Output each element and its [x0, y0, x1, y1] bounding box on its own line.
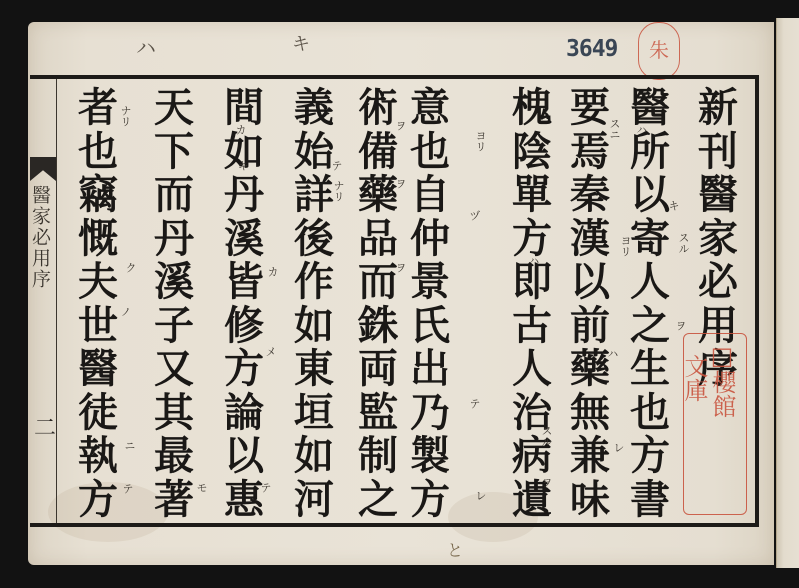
char: 義: [288, 86, 340, 130]
char: 丹: [148, 217, 200, 261]
char: 味: [564, 478, 616, 522]
kunten-mark: ヅ: [466, 210, 482, 221]
char: 論: [218, 391, 270, 435]
char: 陰: [506, 130, 558, 174]
kunten-mark: メ: [262, 346, 278, 357]
title-char: 新: [692, 86, 744, 130]
kunten-mark: ヲ: [392, 262, 408, 273]
page-number: 二: [34, 411, 54, 442]
kunten-mark: ノ: [117, 306, 133, 317]
char: 單: [506, 173, 558, 217]
char: 方: [624, 434, 676, 478]
char: 醫: [624, 86, 676, 130]
book-scan: ハ キ と 3649 朱 醫家必用序 二 新 刊 醫 家 必 用 序 □櫻館 文…: [0, 0, 799, 588]
char: 醫: [72, 347, 124, 391]
char: 垣: [288, 391, 340, 435]
catalog-number-stamp: 3649: [566, 36, 617, 62]
char: 也: [404, 130, 456, 174]
char: 也: [72, 130, 124, 174]
red-library-seal: □櫻館 文庫: [683, 333, 747, 515]
char: 也: [624, 391, 676, 435]
char: 方: [506, 217, 558, 261]
kunten-mark: スニ: [606, 118, 622, 140]
adjacent-page-edge: [776, 18, 799, 568]
char: 徒: [72, 391, 124, 435]
char: 下: [148, 130, 200, 174]
kunten-mark: ヲ: [392, 178, 408, 189]
char: 丹: [218, 173, 270, 217]
char: 即: [506, 260, 558, 304]
char: 自: [404, 173, 456, 217]
char: 生: [624, 347, 676, 391]
seal-text: 文庫: [688, 354, 714, 402]
seal-text: □櫻館: [716, 342, 742, 418]
char: 兼: [564, 434, 616, 478]
kunten-mark: テ: [257, 482, 273, 493]
kunten-mark: ヨリ: [472, 130, 488, 152]
kunten-mark: ハ: [525, 255, 541, 266]
char: 天: [148, 86, 200, 130]
char: 古: [506, 304, 558, 348]
title-char: 必: [692, 260, 744, 304]
char: 溪: [218, 217, 270, 261]
char: 方: [404, 478, 456, 522]
char: 東: [288, 347, 340, 391]
char: 方: [72, 478, 124, 522]
kunten-mark: レ: [610, 442, 626, 453]
seal-glyph: 朱: [649, 38, 669, 62]
char: 執: [72, 434, 124, 478]
char: 子: [148, 304, 200, 348]
char: 夫: [72, 260, 124, 304]
text-column-1: 醫 所 以 寄 人 之 生 也 方 書: [624, 86, 676, 521]
char: 人: [624, 260, 676, 304]
char: 書: [624, 478, 676, 522]
kunten-mark: ハ: [633, 124, 649, 135]
kunten-mark: ヨリ: [617, 235, 633, 257]
margin-mark: キ: [292, 30, 310, 56]
char: 意: [404, 86, 456, 130]
kunten-mark: ニ: [121, 440, 137, 451]
centerfold-title: 醫家必用序: [33, 185, 53, 290]
text-column-4: 意 也 自 仲 景 氏 出 乃 製 方: [404, 86, 456, 521]
char: 其: [148, 391, 200, 435]
kunten-mark: テ: [119, 483, 135, 494]
char: 人: [506, 347, 558, 391]
text-column-3: 槐 陰 單 方 即 古 人 治 病 遺: [506, 86, 558, 521]
centerfold-margin: 醫家必用序 二: [30, 79, 57, 523]
char: 品: [352, 217, 404, 261]
margin-mark: ハ: [136, 32, 156, 61]
kunten-mark: ヲ: [672, 320, 688, 331]
text-column-6: 義 始 詳 後 作 如 東 垣 如 河: [288, 86, 340, 521]
char: 如: [288, 304, 340, 348]
kunten-mark: キ: [665, 200, 681, 211]
char: 河: [288, 478, 340, 522]
char: 而: [148, 173, 200, 217]
char: 仲: [404, 217, 456, 261]
char: 無: [564, 391, 616, 435]
kunten-mark: キ: [234, 160, 250, 171]
kunten-mark: ク: [122, 262, 138, 273]
char: 製: [404, 434, 456, 478]
text-column-9: 者 也 竊 慨 夫 世 醫 徒 執 方: [72, 86, 124, 521]
text-column-7: 間 如 丹 溪 皆 修 方 論 以 惠: [218, 86, 270, 521]
title-char: 家: [692, 217, 744, 261]
char: 漢: [564, 217, 616, 261]
char: 前: [564, 304, 616, 348]
char: 間: [218, 86, 270, 130]
char: 監: [352, 391, 404, 435]
char: 秦: [564, 173, 616, 217]
kunten-mark: スル: [675, 232, 691, 254]
char: 以: [218, 434, 270, 478]
title-char: 醫: [692, 173, 744, 217]
kunten-mark: ナリ: [330, 180, 346, 202]
kunten-mark: スル: [538, 425, 554, 447]
margin-mark: と: [447, 538, 463, 561]
text-column-5: 術 備 藥 品 而 銖 両 監 制 之: [352, 86, 404, 521]
char: 後: [288, 217, 340, 261]
char: 以: [564, 260, 616, 304]
kunten-mark: カ: [264, 266, 280, 277]
char: 出: [404, 347, 456, 391]
kunten-mark: テ: [466, 398, 482, 409]
text-column-8: 天 下 而 丹 溪 子 又 其 最 著: [148, 86, 200, 521]
kunten-mark: カ: [232, 124, 248, 135]
char: 皆: [218, 260, 270, 304]
char: 慨: [72, 217, 124, 261]
char: 景: [404, 260, 456, 304]
char: 最: [148, 434, 200, 478]
red-seal-top: 朱: [638, 22, 680, 80]
char: 溪: [148, 260, 200, 304]
char: 如: [288, 434, 340, 478]
char: 修: [218, 304, 270, 348]
title-char: 刊: [692, 130, 744, 174]
char: 銖: [352, 304, 404, 348]
char: 之: [624, 304, 676, 348]
char: 乃: [404, 391, 456, 435]
char: 制: [352, 434, 404, 478]
char: 之: [352, 478, 404, 522]
char: 所: [624, 130, 676, 174]
char: 作: [288, 260, 340, 304]
kunten-mark: ナリ: [117, 105, 133, 127]
kunten-mark: ハ: [604, 348, 620, 359]
kunten-mark: ヲ: [392, 120, 408, 131]
char: 竊: [72, 173, 124, 217]
kunten-mark: モ: [193, 482, 209, 493]
kunten-mark: レ: [472, 490, 488, 501]
kunten-mark: テ: [328, 160, 344, 171]
char: 槐: [506, 86, 558, 130]
kunten-mark: ヲ: [538, 477, 554, 488]
char: 備: [352, 130, 404, 174]
char: 氏: [404, 304, 456, 348]
char: 両: [352, 347, 404, 391]
text-column-2: 要 焉 秦 漢 以 前 藥 無 兼 味: [564, 86, 616, 521]
fishtail-marker-icon: [30, 157, 56, 181]
char: 又: [148, 347, 200, 391]
